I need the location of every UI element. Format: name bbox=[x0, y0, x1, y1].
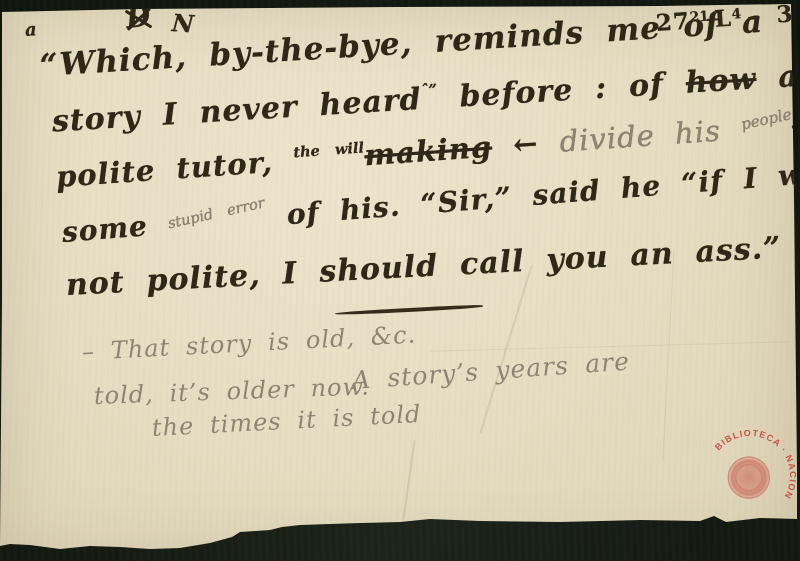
line2-text: before : of bbox=[437, 66, 687, 116]
pencil-line-2b: A story’s years are bbox=[351, 347, 631, 395]
stamp-emblem-circle bbox=[721, 450, 777, 506]
manuscript-scan: a D N 2721 L4 – 3 “Which, by-the-bye, re… bbox=[0, 0, 800, 561]
letter-n-mark: N bbox=[171, 8, 196, 39]
corner-letter-a: a bbox=[24, 19, 38, 41]
paper-crease bbox=[479, 266, 532, 434]
insertion-arrow: ← bbox=[491, 125, 561, 164]
struck-word-how: how bbox=[685, 61, 758, 100]
line3-text: polite tutor, bbox=[55, 143, 295, 194]
torn-paper-sheet: a D N 2721 L4 – 3 “Which, by-the-bye, re… bbox=[0, 0, 800, 561]
pencil-line-1: – That story is old, &c. bbox=[81, 321, 417, 366]
pencil-words-divide-his: divide his bbox=[558, 112, 742, 159]
line4-text: some bbox=[61, 208, 170, 249]
paper-crease bbox=[663, 250, 675, 460]
pencil-words-stupid-error: stupid error bbox=[167, 194, 267, 232]
handwritten-line-5: not polite, I should call you an ass.” bbox=[65, 231, 782, 303]
inserted-quote-mark: ˆ” bbox=[420, 80, 437, 99]
paper-crease bbox=[402, 440, 415, 519]
line2-text: story I never heard bbox=[51, 82, 423, 140]
inserted-words-the-will: the will bbox=[293, 139, 365, 161]
struck-word-making: making bbox=[363, 130, 493, 173]
library-stamp: BIBLIOTECA · NACIONAL bbox=[698, 430, 800, 530]
separator-stroke bbox=[335, 304, 483, 315]
pencil-word-people: people bbox=[739, 105, 793, 133]
